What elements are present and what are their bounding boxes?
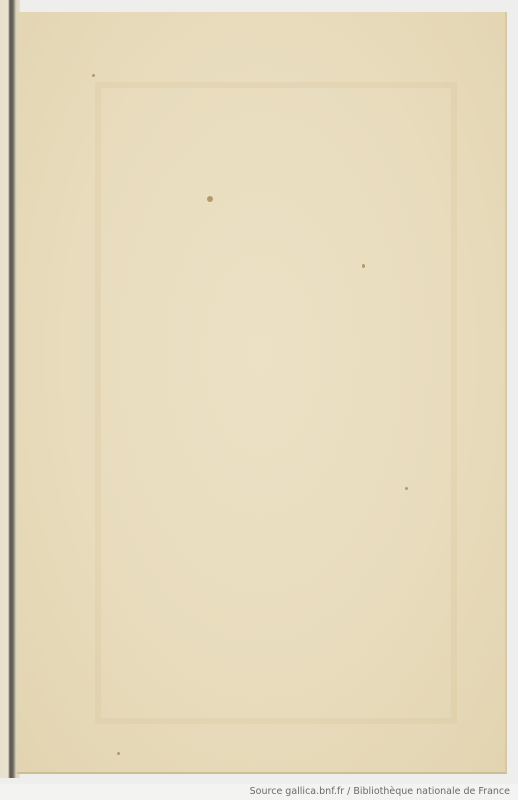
paper-spot (207, 196, 213, 202)
paper-spot (405, 487, 408, 490)
paper-spot (362, 264, 365, 268)
paper-spot (92, 74, 95, 77)
paper-spot (117, 752, 120, 755)
blank-page (17, 12, 507, 774)
page-frame-mark (95, 82, 457, 724)
source-credit: Source gallica.bnf.fr / Bibliothèque nat… (250, 786, 510, 797)
